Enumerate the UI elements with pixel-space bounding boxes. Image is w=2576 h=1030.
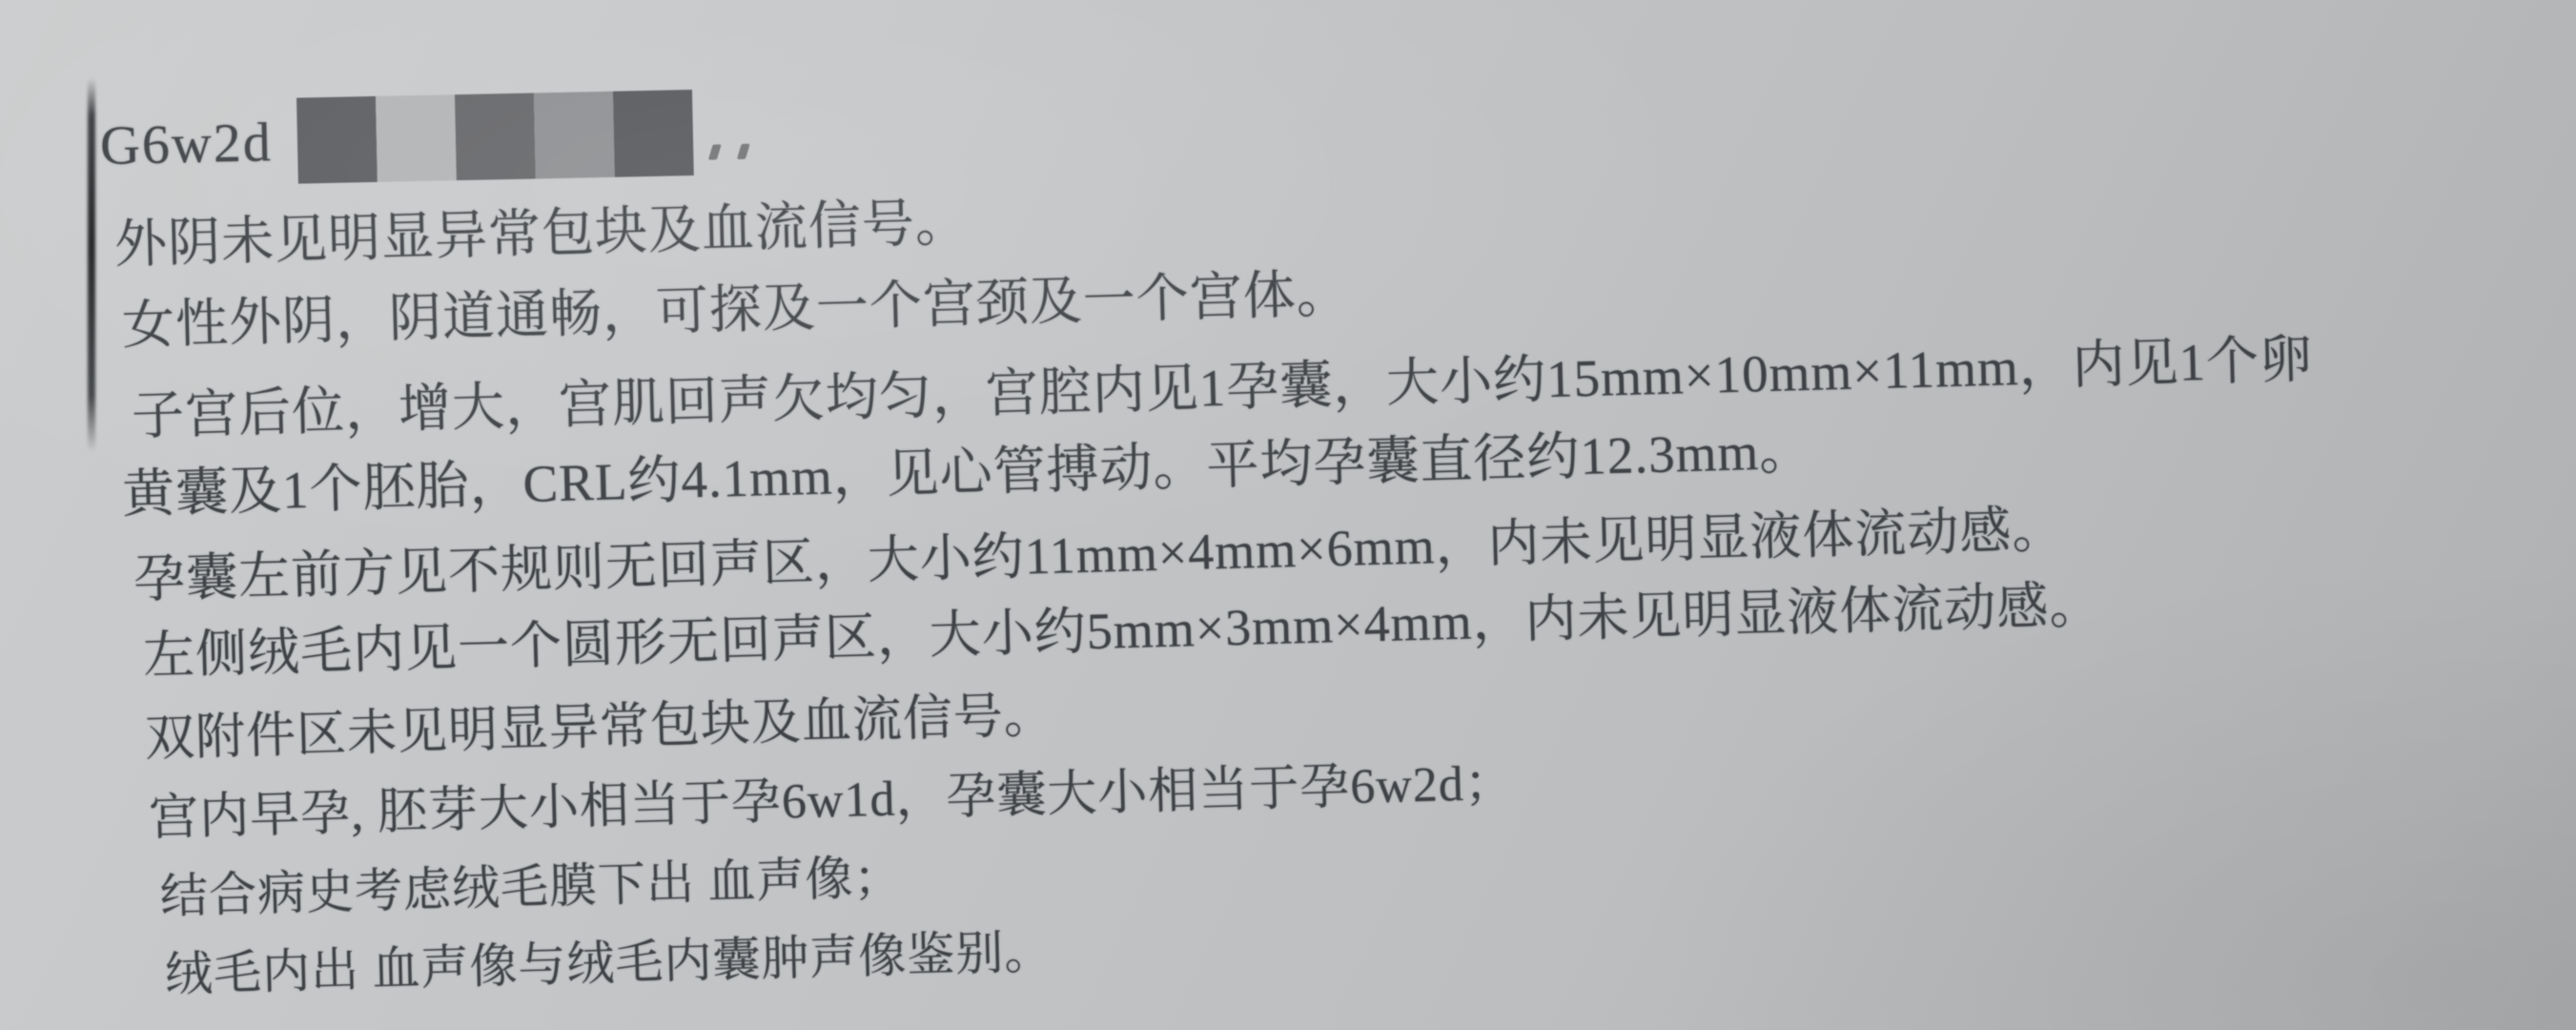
- report-line: 绒毛内出 血声像与绒毛内囊肿声像鉴别。: [164, 914, 1053, 1005]
- report-line: 外阴未见明显异常包块及血流信号。: [113, 180, 970, 278]
- redaction-block: [613, 90, 694, 177]
- report-header-line: G6w2d: [99, 86, 763, 191]
- redaction-block: [534, 92, 615, 179]
- redaction-block: [376, 94, 457, 182]
- report-line: 双附件区未见明显异常包块及血流信号。: [144, 674, 1055, 770]
- report-line: 结合病史考虑绒毛膜下出 血声像；: [159, 839, 903, 927]
- redaction-block: [455, 93, 536, 180]
- report-text: G6w2d 外阴未见明显异常包块及血流信号。 女性外阴，阴道通畅，可探及一个宫颈…: [0, 0, 2576, 1030]
- redacted-patient-info: [296, 90, 694, 184]
- photo-artifact-marks: [704, 86, 763, 173]
- redaction-block: [296, 96, 378, 184]
- gestational-age-label: G6w2d: [99, 96, 274, 191]
- report-photo: G6w2d 外阴未见明显异常包块及血流信号。 女性外阴，阴道通畅，可探及一个宫颈…: [0, 0, 2576, 1030]
